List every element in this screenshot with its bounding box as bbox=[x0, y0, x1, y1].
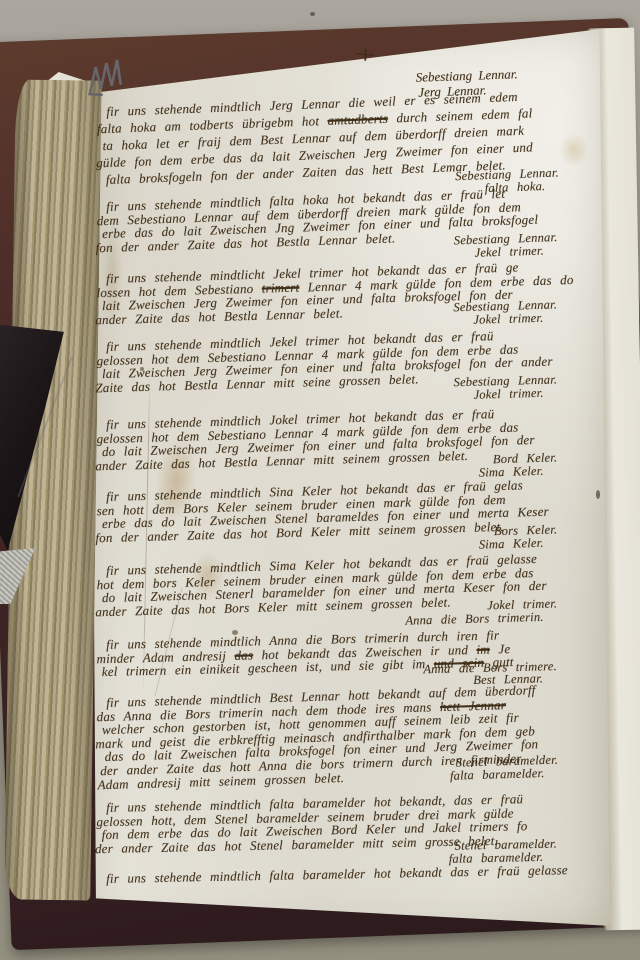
photo-background: + Sebestiang Lennar. Jerg Lennar. fir un… bbox=[0, 0, 640, 960]
manuscript-paragraph: fir uns stehende mindtlich Jekel trimer … bbox=[106, 326, 600, 411]
manuscript-paragraph: fir uns stehende mindtlich falta hoka ho… bbox=[106, 184, 600, 272]
manuscript-paragraph: fir uns stehende mindtlich falta baramel… bbox=[106, 791, 599, 873]
manuscript-paragraph: fir uns stehende mindtlicht Jekel trimer… bbox=[106, 258, 600, 336]
manuscript-paragraph: fir uns stehende mindtlich Sina Keler ho… bbox=[106, 476, 600, 561]
manuscript-text-layer: Sebestiang Lennar. Jerg Lennar. fir uns … bbox=[0, 0, 640, 960]
manuscript-paragraph: fir uns stehende mindtlich Jokel trimer … bbox=[106, 404, 600, 489]
manuscript-paragraph: fir uns stehende mindtlich Sima Keler ho… bbox=[106, 550, 600, 635]
manuscript-paragraph: fir uns stehende mindtlich Best Lennar h… bbox=[106, 681, 601, 792]
